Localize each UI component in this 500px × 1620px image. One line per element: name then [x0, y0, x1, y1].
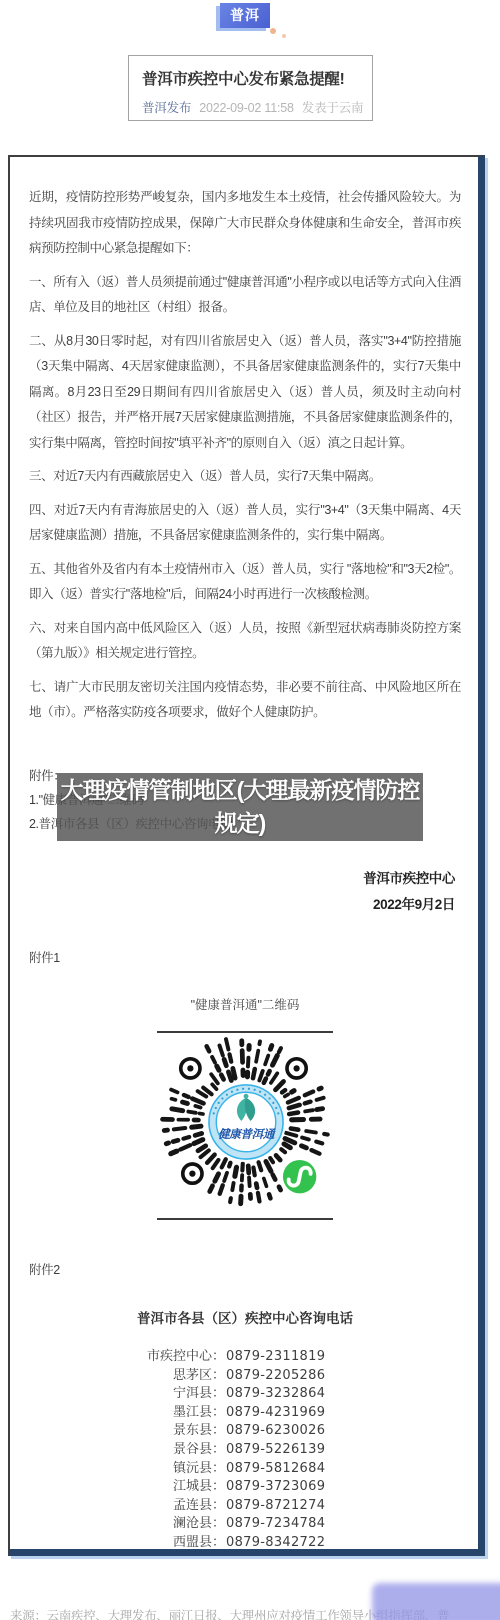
- publish-location: 发表于云南: [302, 101, 364, 115]
- phone-directory-heading: 普洱市各县（区）疾控中心咨询电话: [29, 1306, 461, 1332]
- notice-paragraph: 五、其他省外及省内有本土疫情州市入（返）普人员，实行 "落地检"和"3天2检"。…: [29, 557, 461, 608]
- account-badge-button[interactable]: 普洱: [220, 3, 270, 28]
- decor-dot: [270, 28, 276, 34]
- notice-paragraph: 二、从8月30日零时起，对有四川省旅居史入（返）普人员，落实"3+4"防控措施（…: [29, 329, 461, 457]
- qr-center-logo: 健康普洱通: [206, 1082, 286, 1162]
- phone-row: 镇沅县：0879-5812684: [140, 1459, 350, 1478]
- decor-dot: [282, 34, 286, 38]
- phone-row: 澜沧县：0879-7234784: [140, 1514, 350, 1533]
- phone-row: 孟连县：0879-8721274: [140, 1496, 350, 1515]
- publish-datetime: 2022-09-02 11:58: [199, 101, 294, 115]
- phone-row: 思茅区：0879-2205286: [140, 1366, 350, 1385]
- watermark-title-overlay: 大理疫情管制地区(大理最新疫情防控规定): [57, 773, 423, 841]
- notice-paragraph: 四、对近7天内有青海旅居史的入（返）普人员，实行"3+4"（3天集中隔离、4天居…: [29, 498, 461, 549]
- notice-body: 近期，疫情防控形势严峻复杂，国内多地发生本土疫情，社会传播风险较大。为持续巩固我…: [8, 155, 485, 1556]
- qr-logo-text: 健康普洱通: [218, 1127, 276, 1141]
- notice-paragraph: 三、对近7天内有西藏旅居史入（返）普人员，实行7天集中隔离。: [29, 464, 461, 490]
- phone-row: 西盟县：0879-8342722: [140, 1533, 350, 1552]
- signature-org: 普洱市疾控中心: [29, 866, 455, 892]
- qr-code: 健康普洱通: [159, 1035, 331, 1217]
- notice-intro: 近期，疫情防控形势严峻复杂，国内多地发生本土疫情，社会传播风险较大。为持续巩固我…: [29, 185, 461, 262]
- article-page: 普洱 普洱市疾控中心发布紧急提醒! 普洱发布2022-09-02 11:58发表…: [0, 0, 500, 1620]
- notice-paragraph: 六、对来自国内高中低风险区入（返）人员，按照《新型冠状病毒肺炎防控方案（第九版）…: [29, 616, 461, 667]
- phone-row: 市疾控中心：0879-2311819: [140, 1347, 350, 1366]
- blurred-sticker: [372, 1583, 500, 1620]
- phone-row: 宁洱县：0879-3232864: [140, 1384, 350, 1403]
- divider: [157, 1031, 333, 1033]
- phone-row: 景东县：0879-6230026: [140, 1421, 350, 1440]
- qr-caption: "健康普洱通"二维码: [29, 993, 461, 1019]
- attachment2-label: 附件2: [29, 1258, 461, 1284]
- wechat-miniprogram-icon: [283, 1159, 316, 1192]
- phone-row: 江城县：0879-3723069: [140, 1477, 350, 1496]
- signature-block: 普洱市疾控中心 2022年9月2日: [29, 866, 461, 918]
- qr-code-image: 健康普洱通: [159, 1035, 331, 1207]
- phone-row: 墨江县：0879-4231969: [140, 1403, 350, 1422]
- notice-items: 一、所有入（返）普人员须提前通过"健康普洱通"小程序或以电话等方式向入住酒店、单…: [29, 270, 461, 726]
- notice-paragraph: 七、请广大市民朋友密切关注国内疫情态势，非必要不前往高、中风险地区所在地（市）。…: [29, 675, 461, 726]
- signature-date: 2022年9月2日: [29, 892, 455, 918]
- account-name-link[interactable]: 普洱发布: [142, 101, 191, 115]
- phone-row: 景谷县：0879-5226139: [140, 1440, 350, 1459]
- attachment1-label: 附件1: [29, 946, 461, 972]
- article-meta: 普洱发布2022-09-02 11:58发表于云南: [142, 98, 362, 116]
- divider: [157, 1218, 333, 1220]
- article-title: 普洱市疾控中心发布紧急提醒!: [142, 67, 362, 89]
- phone-list: 市疾控中心：0879-2311819思茅区：0879-2205286宁洱县：08…: [140, 1347, 350, 1552]
- notice-paragraph: 一、所有入（返）普人员须提前通过"健康普洱通"小程序或以电话等方式向入住酒店、单…: [29, 270, 461, 321]
- article-header-card: 普洱市疾控中心发布紧急提醒! 普洱发布2022-09-02 11:58发表于云南: [128, 55, 373, 121]
